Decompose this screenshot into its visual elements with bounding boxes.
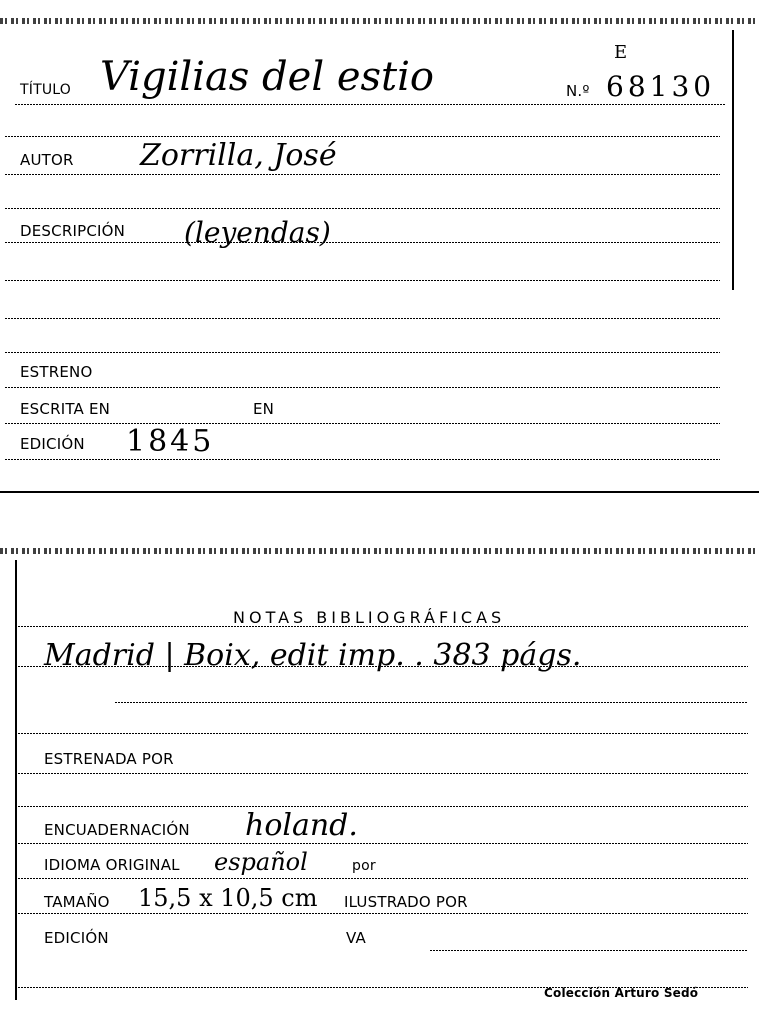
numero-prefix: E — [614, 42, 627, 63]
estreno-rule — [5, 387, 720, 388]
notas-value: Madrid | Boix, edit imp. . 383 págs. — [44, 638, 581, 673]
edicion-rule — [430, 950, 748, 951]
titulo-label: TÍTULO — [20, 82, 71, 98]
tamano-rule — [18, 913, 748, 914]
autor-label: AUTOR — [20, 151, 74, 169]
va-label: VA — [346, 929, 366, 947]
card-top-edge — [0, 18, 759, 24]
rule — [5, 318, 720, 319]
numero-label: N.º — [566, 82, 590, 100]
edicion-label: EDICIÓN — [20, 435, 85, 453]
card-bottom-edge — [0, 491, 759, 493]
descripcion-label: DESCRIPCIÓN — [20, 222, 125, 240]
descripcion-rule — [5, 242, 720, 243]
escrita-en-label: ESCRITA EN — [20, 400, 110, 418]
ilustrado-label: ILUSTRADO POR — [344, 893, 468, 911]
tamano-label: TAMAÑO — [44, 893, 110, 911]
card-top-edge — [0, 548, 759, 554]
rule — [5, 136, 720, 137]
escrita-rule — [5, 423, 720, 424]
card-left-border — [15, 560, 17, 1000]
collection-footer: Colección Arturo Sedó — [544, 986, 698, 1000]
autor-rule — [5, 174, 720, 175]
estrenada-por-label: ESTRENADA POR — [44, 750, 174, 768]
edicion-label: EDICIÓN — [44, 929, 109, 947]
notas-rule — [18, 666, 748, 667]
rule — [5, 208, 720, 209]
rule — [115, 702, 748, 703]
autor-value: Zorrilla, José — [140, 138, 337, 173]
descripcion-value: (leyendas) — [184, 216, 331, 249]
edicion-rule — [5, 459, 720, 460]
card-right-border — [732, 30, 734, 290]
catalog-card-front: TÍTULO Vigilias del estio N.º E 68130 AU… — [0, 0, 759, 495]
titulo-value: Vigilias del estio — [100, 54, 434, 100]
notas-heading: NOTAS BIBLIOGRÁFICAS — [233, 608, 505, 627]
catalog-card-back: NOTAS BIBLIOGRÁFICAS Madrid | Boix, edit… — [0, 540, 759, 1028]
edicion-value: 1845 — [126, 424, 214, 459]
estreno-label: ESTRENO — [20, 363, 93, 381]
rule — [5, 280, 720, 281]
idioma-value: español — [214, 848, 308, 876]
idioma-label: IDIOMA ORIGINAL — [44, 856, 180, 874]
idioma-rule — [18, 878, 748, 879]
por-label: por — [352, 858, 376, 874]
estrenada-rule — [18, 773, 748, 774]
heading-rule — [18, 626, 748, 627]
encuadernacion-label: ENCUADERNACIÓN — [44, 821, 190, 839]
encuadernacion-rule — [18, 843, 748, 844]
rule — [18, 806, 748, 807]
encuadernacion-value: holand. — [245, 808, 358, 843]
rule — [18, 733, 748, 734]
tamano-value: 15,5 x 10,5 cm — [138, 884, 318, 912]
titulo-rule — [15, 104, 725, 105]
rule — [5, 352, 720, 353]
en-label: EN — [253, 400, 274, 418]
numero-value: 68130 — [606, 70, 715, 103]
